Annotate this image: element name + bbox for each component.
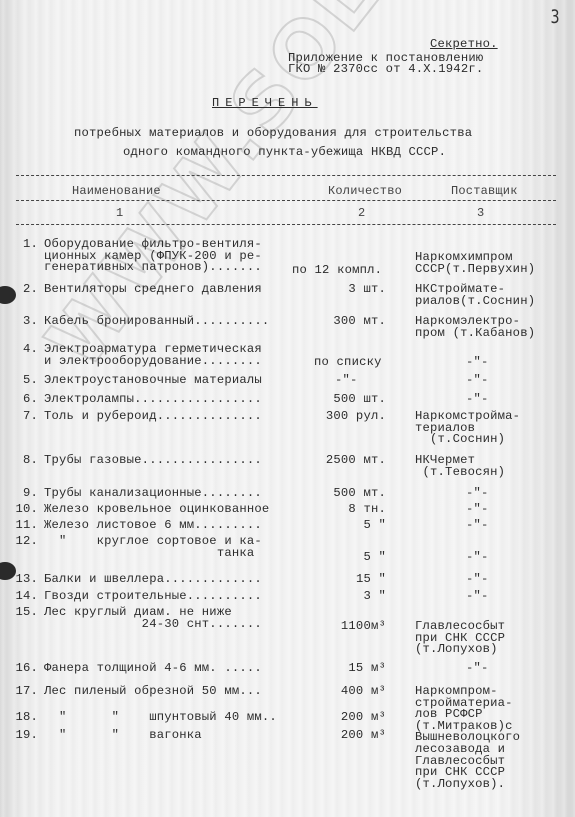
row-number: 2. xyxy=(2,283,38,295)
item-name: и электрооборудование........ xyxy=(44,355,262,367)
item-name: Железо листовое 6 мм......... xyxy=(44,519,262,531)
item-name: Трубы канализационные........ xyxy=(44,487,262,499)
item-name: генеративных патронов)....... xyxy=(44,261,262,273)
item-supplier: -"- xyxy=(466,590,489,602)
column-number-2: 2 xyxy=(358,207,365,219)
item-quantity: 3 " xyxy=(290,590,386,602)
item-supplier: (т.Тевосян) xyxy=(415,466,505,478)
row-number: 17. xyxy=(2,685,38,697)
row-number: 15. xyxy=(2,606,38,618)
classification-stamp: Секретно. xyxy=(430,38,498,50)
item-supplier: -"- xyxy=(466,356,489,368)
item-quantity: 5 " xyxy=(290,519,386,531)
row-number: 14. xyxy=(2,590,38,602)
row-number: 13. xyxy=(2,573,38,585)
item-name: Электролампы................. xyxy=(44,393,262,405)
item-quantity: по 12 компл. xyxy=(292,264,388,276)
item-name: " " вагонка xyxy=(44,729,202,741)
item-supplier: пром (т.Кабанов) xyxy=(415,327,535,339)
item-quantity: 2500 мт. xyxy=(290,454,386,466)
row-number: 6. xyxy=(2,393,38,405)
item-name: Трубы газовые................ xyxy=(44,454,262,466)
row-number: 16. xyxy=(2,662,38,674)
item-quantity: 5 " xyxy=(290,551,386,563)
item-supplier: (т.Лопухов) xyxy=(415,643,498,655)
item-supplier: -"- xyxy=(466,374,489,386)
appendix-line-2: ГКО № 2370сс от 4.X.1942г. xyxy=(288,63,483,75)
item-name: Железо кровельное оцинкованное xyxy=(44,503,269,515)
column-number-3: 3 xyxy=(477,207,484,219)
item-quantity: 300 мт. xyxy=(290,315,386,327)
item-quantity: 400 м³ xyxy=(290,685,386,697)
row-number: 9. xyxy=(2,487,38,499)
item-quantity: 200 м³ xyxy=(290,711,386,723)
item-supplier: -"- xyxy=(466,519,489,531)
row-number: 10. xyxy=(2,503,38,515)
item-supplier: СССР(т.Первухин) xyxy=(415,263,535,275)
item-name: Кабель бронированный.......... xyxy=(44,315,269,327)
row-number: 1. xyxy=(2,238,38,250)
table-rule xyxy=(16,175,556,176)
header-name: Наименование xyxy=(72,185,161,197)
item-supplier: -"- xyxy=(466,503,489,515)
row-number: 3. xyxy=(2,315,38,327)
header-quantity: Количество xyxy=(328,185,402,197)
item-name: " " шпунтовый 40 мм.. xyxy=(44,711,277,723)
item-quantity: 3 шт. xyxy=(290,283,386,295)
row-number: 8. xyxy=(2,454,38,466)
row-number: 5. xyxy=(2,374,38,386)
table-rule xyxy=(16,200,556,201)
item-supplier: -"- xyxy=(466,393,489,405)
row-number: 11. xyxy=(2,519,38,531)
row-number: 18. xyxy=(2,711,38,723)
item-name: Фанера толщиной 4-6 мм. ..... xyxy=(44,662,262,674)
document-title: ПЕРЕЧЕНЬ xyxy=(212,97,318,109)
subtitle-line-2: одного командного пункта-убежища НКВД СС… xyxy=(123,146,446,158)
item-quantity: 15 м³ xyxy=(290,662,386,674)
item-supplier: (т.Лопухов). xyxy=(415,778,505,790)
column-number-1: 1 xyxy=(116,207,123,219)
item-supplier: -"- xyxy=(466,487,489,499)
table-rule xyxy=(16,224,556,225)
item-quantity: по списку xyxy=(314,356,410,368)
item-supplier: -"- xyxy=(466,573,489,585)
row-number: 4. xyxy=(2,343,38,355)
item-quantity: 15 " xyxy=(290,573,386,585)
item-quantity: 8 тн. xyxy=(290,503,386,515)
item-name: 24-30 снт....... xyxy=(44,618,262,630)
item-quantity: -"- xyxy=(335,374,431,386)
item-name: танка xyxy=(44,547,254,559)
item-name: Гвозди строительные.......... xyxy=(44,590,262,602)
row-number: 19. xyxy=(2,729,38,741)
item-name: Толь и рубероид.............. xyxy=(44,410,262,422)
item-name: Электроустановочные материалы xyxy=(44,374,262,386)
subtitle-line-1: потребных материалов и оборудования для … xyxy=(74,127,472,139)
item-supplier: -"- xyxy=(466,662,489,674)
document-page: WWW.SOLDAT.RU 3 Секретно. Приложение к п… xyxy=(0,0,575,817)
header-supplier: Поставщик xyxy=(451,185,518,197)
item-name: Вентиляторы среднего давления xyxy=(44,283,262,295)
row-number: 12. xyxy=(2,535,38,547)
page-number: 3 xyxy=(551,6,560,28)
item-quantity: 200 м³ xyxy=(290,729,386,741)
item-supplier: -"- xyxy=(466,551,489,563)
item-supplier: риалов(т.Соснин) xyxy=(415,295,535,307)
item-quantity: 500 шт. xyxy=(290,393,386,405)
item-name: Лес пиленый обрезной 50 мм... xyxy=(44,685,262,697)
item-name: Балки и швеллера............. xyxy=(44,573,262,585)
row-number: 7. xyxy=(2,410,38,422)
item-supplier: (т.Соснин) xyxy=(415,433,505,445)
item-quantity: 1100м³ xyxy=(290,620,386,632)
item-quantity: 300 рул. xyxy=(290,410,386,422)
item-quantity: 500 мт. xyxy=(290,487,386,499)
